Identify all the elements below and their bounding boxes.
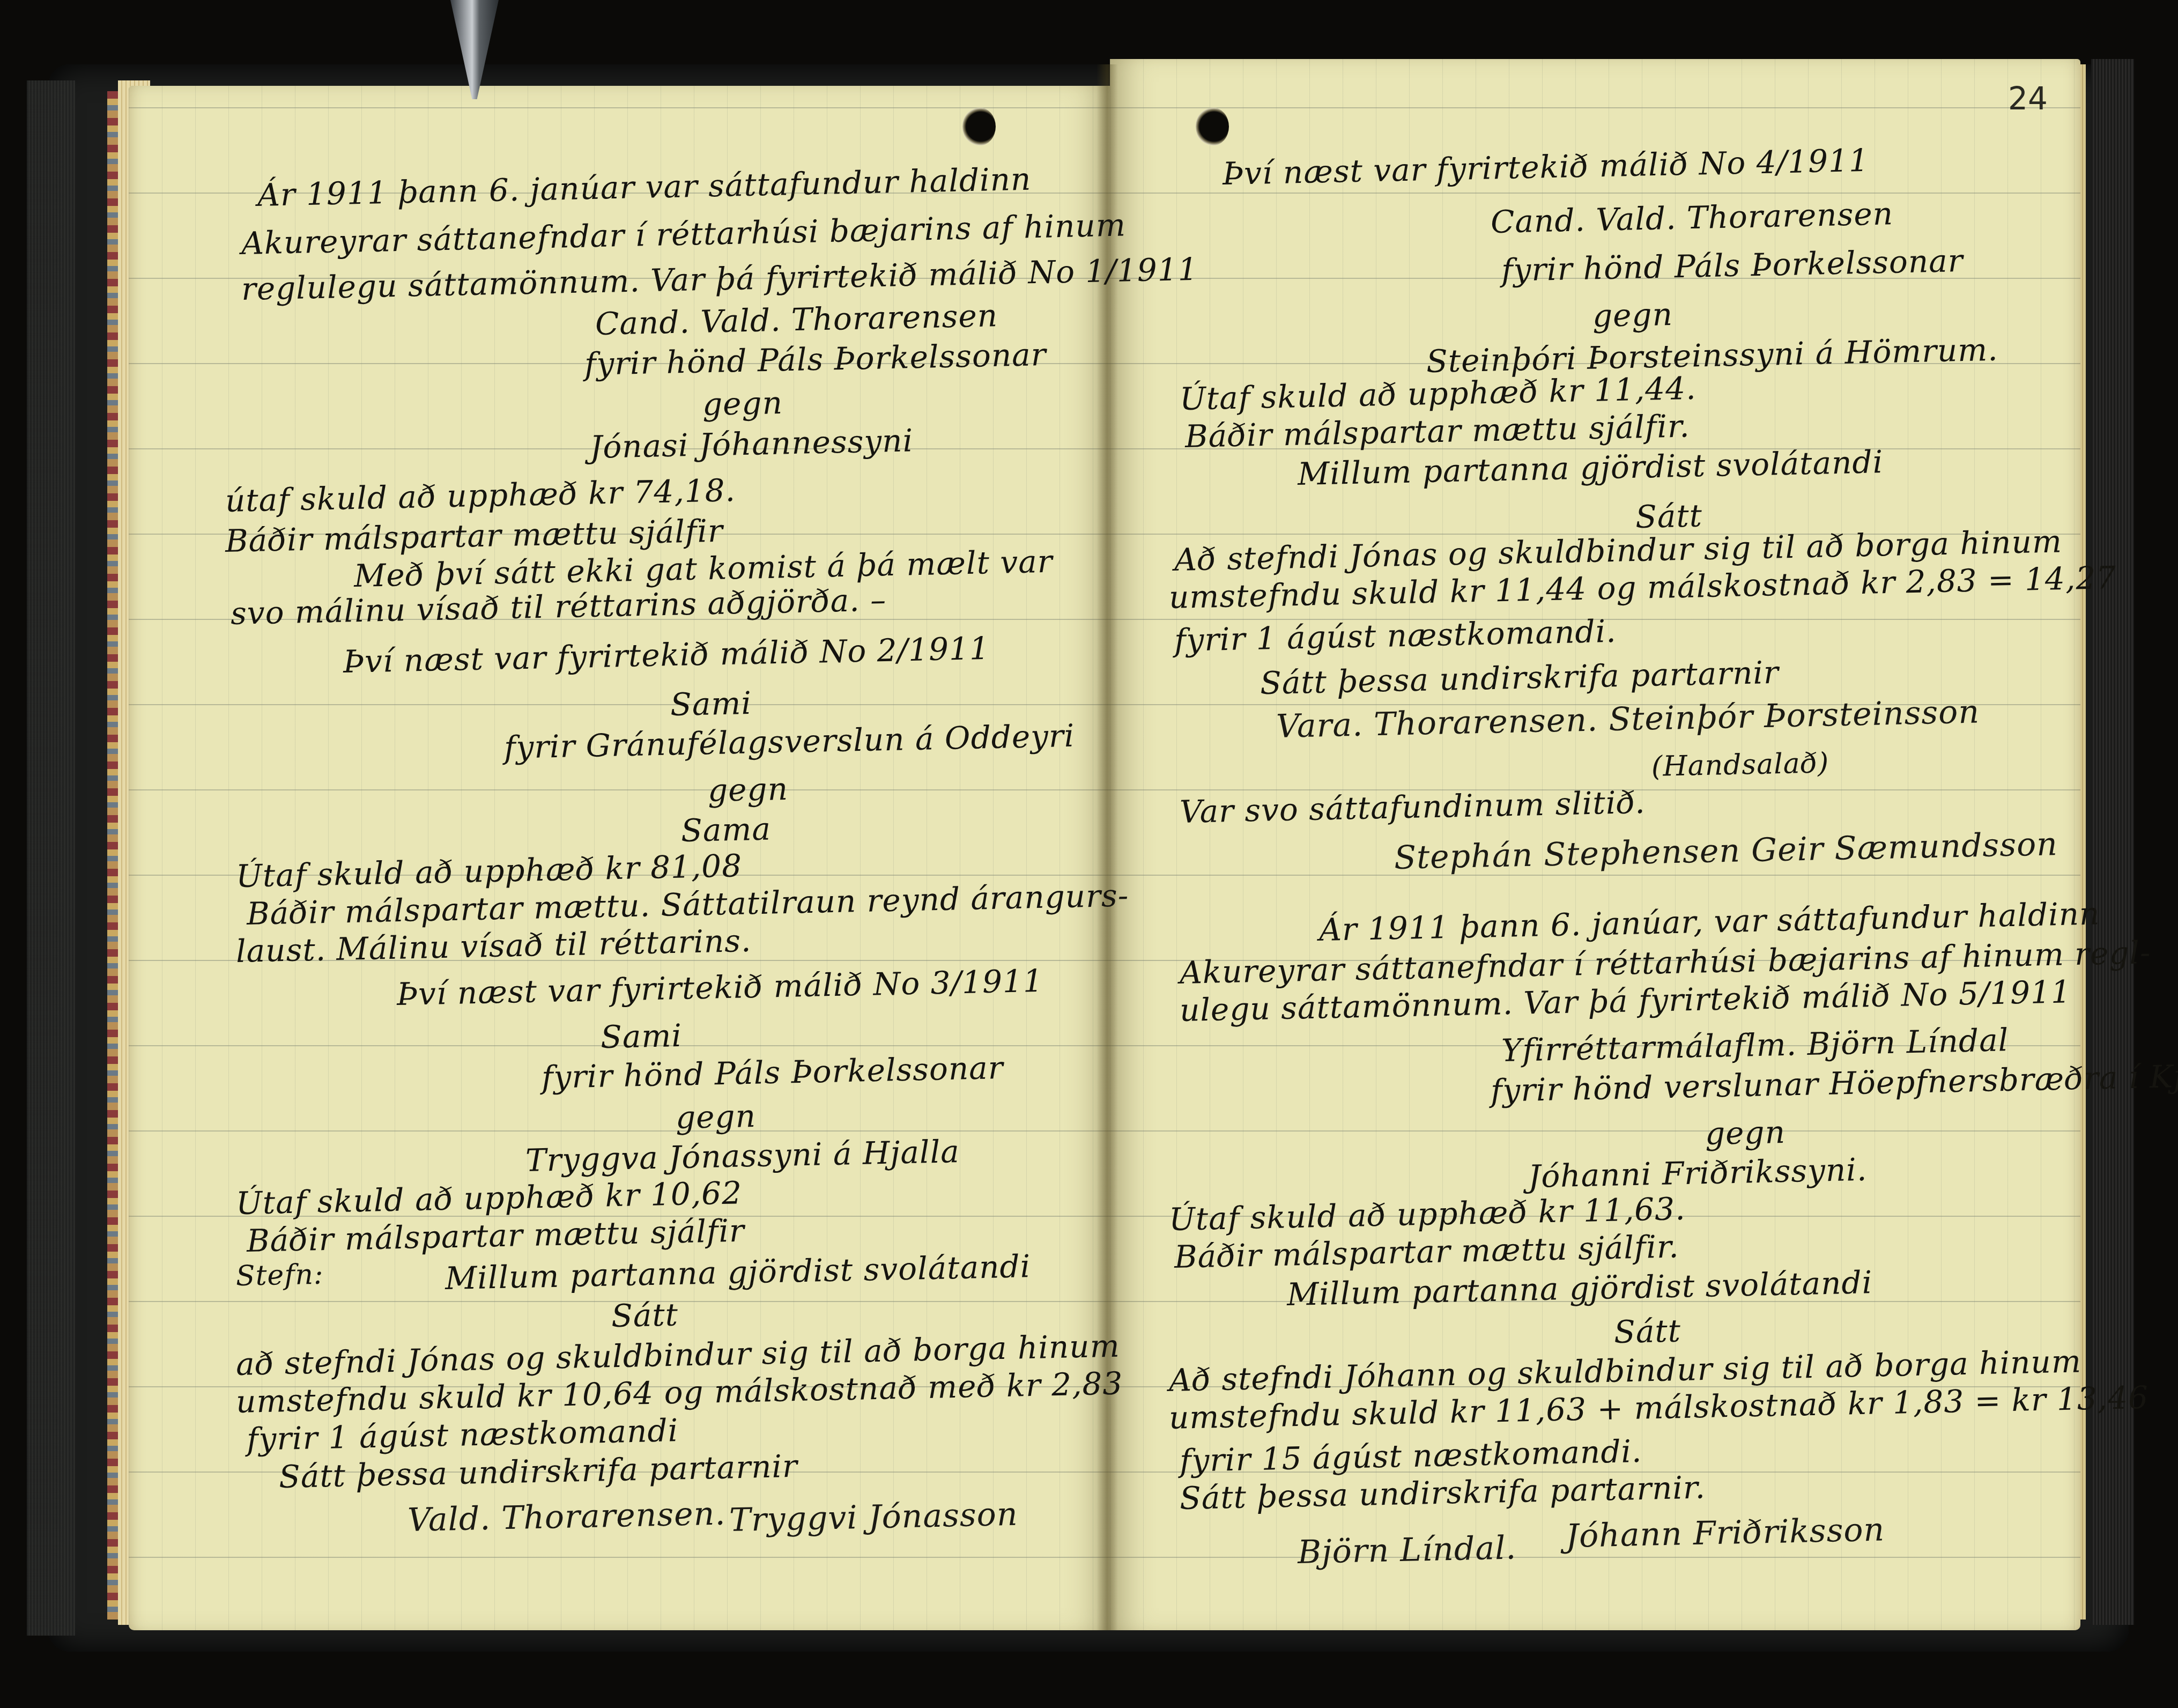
left-line-7: Jónasi Jóhannessyni — [589, 422, 913, 465]
marbled-page-edge — [107, 91, 118, 1620]
book-photo: 24 Ár 1911 þann 6. janúar var sáttafundu… — [0, 0, 2178, 1708]
left-line-6: gegn — [702, 385, 783, 423]
left-line-13: Sami — [670, 685, 752, 723]
right-line-23: gegn — [1705, 1114, 1786, 1152]
page-number: 24 — [2008, 80, 2048, 117]
left-line-16: Sama — [680, 810, 771, 849]
left-margin-note: Stefn: — [235, 1259, 324, 1292]
left-line-21: Sami — [600, 1017, 682, 1055]
right-line-4: gegn — [1592, 296, 1673, 334]
right-signature-2: Jóhann Friðriksson — [1565, 1511, 1885, 1555]
punch-hole-right-icon — [1196, 107, 1229, 146]
left-signature-1: Vald. Thorarensen. — [407, 1495, 726, 1539]
left-line-15: gegn — [707, 771, 788, 809]
left-signature-2: Tryggvi Jónasson — [729, 1496, 1018, 1539]
right-line-24: Jóhanni Friðrikssyni. — [1528, 1151, 1868, 1195]
right-line-handsalad: (Handsalað) — [1651, 747, 1829, 783]
book-spine-cloth-left — [27, 80, 75, 1636]
right-line-9: Sátt — [1635, 497, 1702, 535]
left-line-23: gegn — [675, 1098, 756, 1136]
left-line-28: Sátt — [611, 1296, 678, 1334]
right-signature-1: Björn Líndal. — [1297, 1529, 1517, 1571]
right-line-28: Sátt — [1613, 1312, 1681, 1350]
punch-hole-left-icon — [962, 107, 996, 146]
